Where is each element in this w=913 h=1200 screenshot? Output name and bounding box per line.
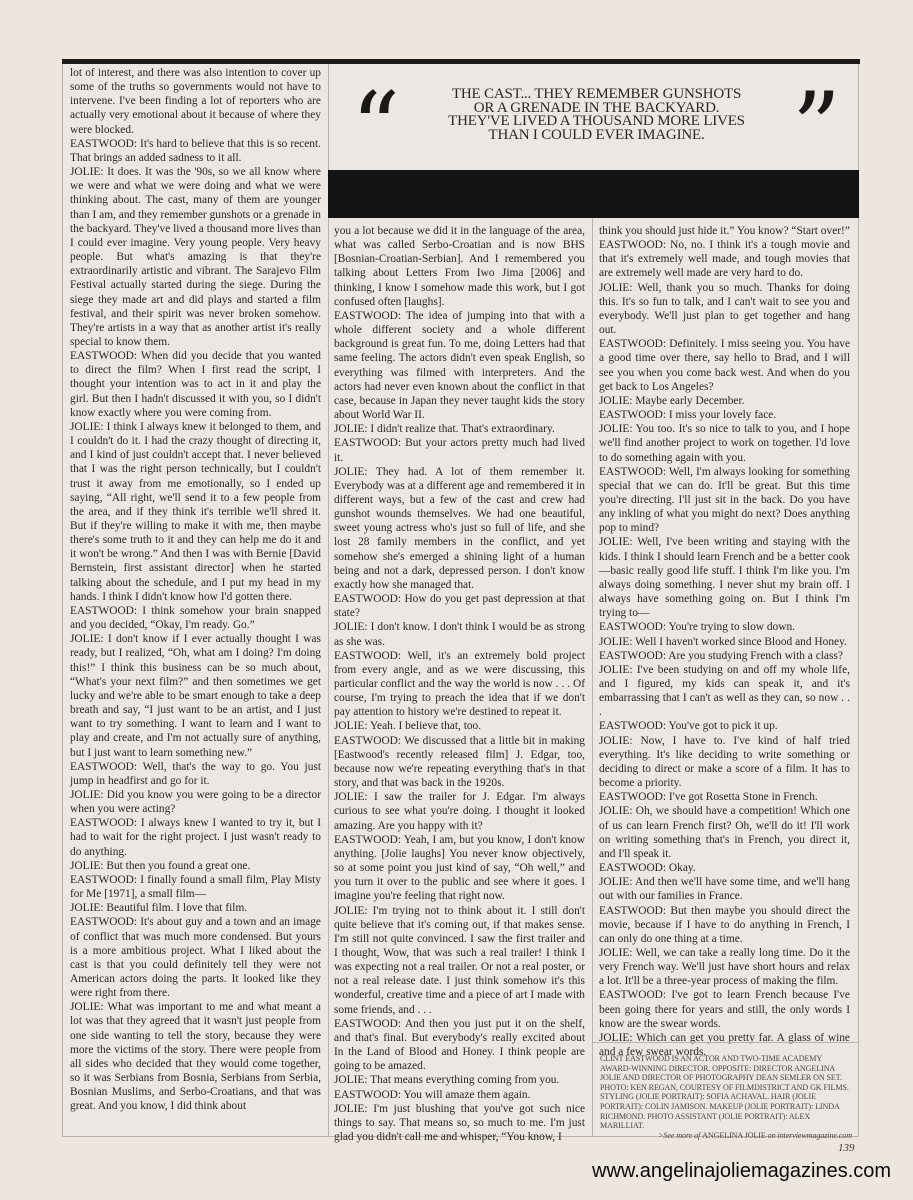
interview-paragraph: JOLIE: I'm just blushing that you've got… bbox=[334, 1102, 585, 1144]
interview-paragraph: JOLIE: But then you found a great one. bbox=[70, 859, 321, 873]
interview-paragraph: EASTWOOD: You will amaze them again. bbox=[334, 1088, 585, 1102]
interview-paragraph: JOLIE: Well, I've been writing and stayi… bbox=[599, 535, 850, 620]
interview-paragraph: EASTWOOD: We discussed that a little bit… bbox=[334, 734, 585, 791]
interview-paragraph: JOLIE: Now, I have to. I've kind of half… bbox=[599, 734, 850, 791]
pull-quote-line: THAN I COULD EVER IMAGINE. bbox=[424, 129, 769, 143]
interview-paragraph: JOLIE: I didn't realize that. That's ext… bbox=[334, 422, 585, 436]
pull-quote: “ THE CAST... THEY REMEMBER GUNSHOTS OR … bbox=[329, 64, 859, 170]
interview-paragraph: EASTWOOD: When did you decide that you w… bbox=[70, 349, 321, 420]
interview-paragraph: JOLIE: Yeah. I believe that, too. bbox=[334, 719, 585, 733]
interview-paragraph: EASTWOOD: Okay. bbox=[599, 861, 850, 875]
page-number: 139 bbox=[838, 1142, 855, 1154]
watermark-url: www.angelinajoliemagazines.com bbox=[592, 1160, 891, 1183]
interview-paragraph: JOLIE: That means everything coming from… bbox=[334, 1073, 585, 1087]
interview-paragraph: EASTWOOD: But your actors pretty much ha… bbox=[334, 436, 585, 464]
interview-paragraph: EASTWOOD: Well, I'm always looking for s… bbox=[599, 465, 850, 536]
interview-paragraph: EASTWOOD: And then you just put it on th… bbox=[334, 1017, 585, 1074]
interview-paragraph: EASTWOOD: Yeah, I am, but you know, I do… bbox=[334, 833, 585, 904]
interview-paragraph: JOLIE: Beautiful film. I love that film. bbox=[70, 901, 321, 915]
column-divider bbox=[592, 218, 593, 1137]
interview-paragraph: EASTWOOD: It's hard to believe that this… bbox=[70, 137, 321, 165]
interview-paragraph: JOLIE: I've been studying on and off my … bbox=[599, 663, 850, 720]
interview-paragraph: EASTWOOD: But then maybe you should dire… bbox=[599, 904, 850, 946]
interview-paragraph: JOLIE: I don't know if I ever actually t… bbox=[70, 632, 321, 759]
interview-paragraph: you a lot because we did it in the langu… bbox=[334, 224, 585, 309]
interview-paragraph: EASTWOOD: I think somehow your brain sna… bbox=[70, 604, 321, 632]
interview-paragraph: JOLIE: I don't know. I don't think I wou… bbox=[334, 620, 585, 648]
interview-paragraph: EASTWOOD: How do you get past depression… bbox=[334, 592, 585, 620]
interview-paragraph: JOLIE: I'm trying not to think about it.… bbox=[334, 904, 585, 1017]
column-divider bbox=[328, 64, 329, 1137]
see-more-line: >See more of ANGELINA JOLIE on interview… bbox=[600, 1131, 852, 1141]
see-more-link[interactable]: on interviewmagazine.com bbox=[766, 1131, 852, 1140]
see-more-prefix: >See more of bbox=[658, 1131, 702, 1140]
black-band bbox=[328, 170, 859, 218]
interview-paragraph: EASTWOOD: Well, it's an extremely bold p… bbox=[334, 649, 585, 720]
interview-paragraph: JOLIE: It does. It was the '90s, so we a… bbox=[70, 165, 321, 349]
interview-paragraph: JOLIE: Did you know you were going to be… bbox=[70, 788, 321, 816]
caption-rule bbox=[593, 1042, 859, 1043]
interview-paragraph: EASTWOOD: Definitely. I miss seeing you.… bbox=[599, 337, 850, 394]
interview-paragraph: EASTWOOD: Are you studying French with a… bbox=[599, 649, 850, 663]
interview-paragraph: JOLIE: Well, thank you so much. Thanks f… bbox=[599, 281, 850, 338]
interview-paragraph: EASTWOOD: I miss your lovely face. bbox=[599, 408, 850, 422]
column-2: you a lot because we did it in the langu… bbox=[334, 224, 585, 1144]
interview-paragraph: EASTWOOD: The idea of jumping into that … bbox=[334, 309, 585, 422]
interview-paragraph: EASTWOOD: I always knew I wanted to try … bbox=[70, 816, 321, 858]
interview-paragraph: EASTWOOD: You've got to pick it up. bbox=[599, 719, 850, 733]
interview-paragraph: EASTWOOD: No, no. I think it's a tough m… bbox=[599, 238, 850, 280]
interview-paragraph: JOLIE: They had. A lot of them remember … bbox=[334, 465, 585, 592]
close-quote-icon: ” bbox=[792, 80, 841, 176]
interview-paragraph: JOLIE: Well, we can take a really long t… bbox=[599, 946, 850, 988]
interview-paragraph: EASTWOOD: I've got to learn French becau… bbox=[599, 988, 850, 1030]
interview-paragraph: lot of interest, and there was also inte… bbox=[70, 66, 321, 137]
interview-paragraph: EASTWOOD: It's about guy and a town and … bbox=[70, 915, 321, 1000]
interview-paragraph: JOLIE: I think I always knew it belonged… bbox=[70, 420, 321, 604]
interview-paragraph: EASTWOOD: Well, that's the way to go. Yo… bbox=[70, 760, 321, 788]
interview-paragraph: EASTWOOD: I've got Rosetta Stone in Fren… bbox=[599, 790, 850, 804]
see-more-name: ANGELINA JOLIE bbox=[702, 1131, 766, 1140]
interview-paragraph: JOLIE: Oh, we should have a competition!… bbox=[599, 804, 850, 861]
pull-quote-text: THE CAST... THEY REMEMBER GUNSHOTS OR A … bbox=[424, 88, 769, 142]
column-1: lot of interest, and there was also inte… bbox=[70, 66, 321, 1114]
interview-paragraph: JOLIE: What was important to me and what… bbox=[70, 1000, 321, 1113]
interview-paragraph: EASTWOOD: I finally found a small film, … bbox=[70, 873, 321, 901]
open-quote-icon: “ bbox=[351, 80, 400, 176]
column-3: think you should just hide it.” You know… bbox=[599, 224, 850, 1059]
interview-paragraph: JOLIE: I saw the trailer for J. Edgar. I… bbox=[334, 790, 585, 832]
interview-paragraph: JOLIE: You too. It's so nice to talk to … bbox=[599, 422, 850, 464]
caption-text: Clint Eastwood is an actor and two-time … bbox=[600, 1054, 849, 1130]
photo-caption: Clint Eastwood is an actor and two-time … bbox=[600, 1054, 852, 1140]
interview-paragraph: think you should just hide it.” You know… bbox=[599, 224, 850, 238]
interview-paragraph: EASTWOOD: You're trying to slow down. bbox=[599, 620, 850, 634]
interview-paragraph: JOLIE: Well I haven't worked since Blood… bbox=[599, 635, 850, 649]
interview-paragraph: JOLIE: Maybe early December. bbox=[599, 394, 850, 408]
interview-paragraph: JOLIE: And then we'll have some time, an… bbox=[599, 875, 850, 903]
